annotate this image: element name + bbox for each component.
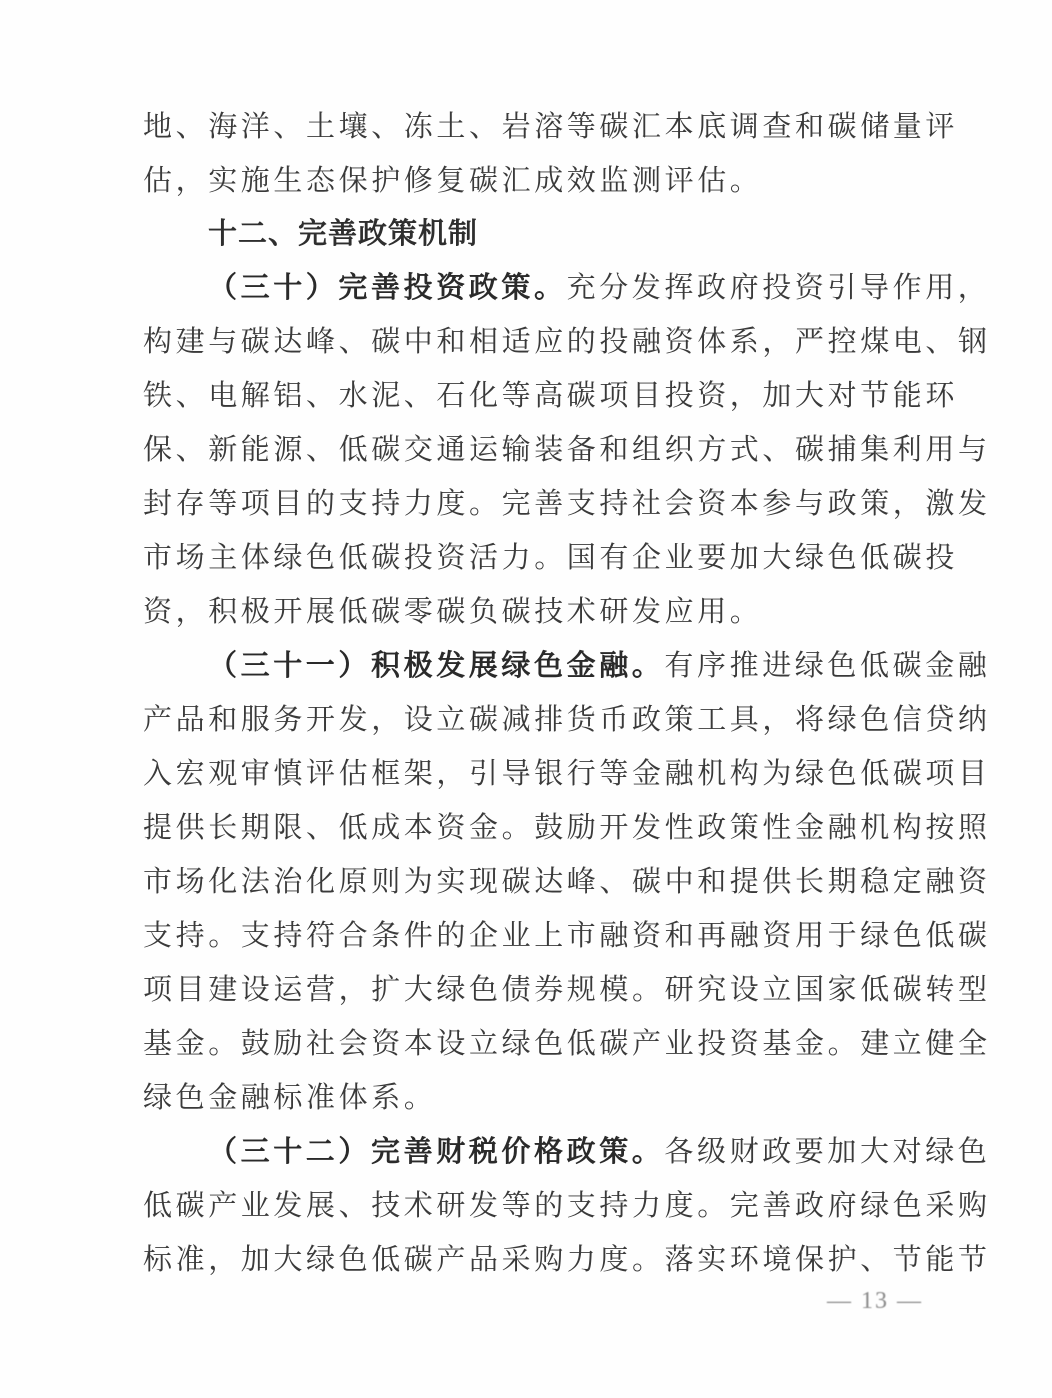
item-32-text: 各级财政要加大对绿色 (664, 1134, 990, 1168)
item-30-text: 充分发挥政府投资引导作用， (567, 270, 991, 304)
text-line: 保、新能源、低碳交通运输装备和组织方式、碳捕集利用与 (143, 429, 955, 469)
text-line: 提供长期限、低成本资金。鼓励开发性政策性金融机构按照 (143, 807, 955, 847)
text-line: 铁、电解铝、水泥、石化等高碳项目投资，加大对节能环 (143, 375, 955, 415)
text-line: 市场主体绿色低碳投资活力。国有企业要加大绿色低碳投 (143, 537, 955, 577)
text-line: 基金。鼓励社会资本设立绿色低碳产业投资基金。建立健全 (143, 1023, 955, 1063)
text-line: 支持。支持符合条件的企业上市融资和再融资用于绿色低碳 (143, 915, 955, 955)
page-number: — 13 — (815, 1288, 935, 1315)
item-30-first-line: （三十）完善投资政策。充分发挥政府投资引导作用， (208, 267, 955, 307)
item-31-first-line: （三十一）积极发展绿色金融。有序推进绿色低碳金融 (208, 645, 955, 685)
item-31-title: （三十一）积极发展绿色金融。 (208, 648, 664, 682)
text-line: 项目建设运营，扩大绿色债券规模。研究设立国家低碳转型 (143, 969, 955, 1009)
section-heading: 十二、完善政策机制 (208, 213, 478, 253)
item-31-text: 有序推进绿色低碳金融 (664, 648, 990, 682)
text-line: 估，实施生态保护修复碳汇成效监测评估。 (143, 160, 955, 200)
text-line: 入宏观审慎评估框架，引导银行等金融机构为绿色低碳项目 (143, 753, 955, 793)
text-line: 构建与碳达峰、碳中和相适应的投融资体系，严控煤电、钢 (143, 321, 955, 361)
text-line: 资，积极开展低碳零碳负碳技术研发应用。 (143, 591, 955, 631)
text-line: 绿色金融标准体系。 (143, 1077, 955, 1117)
text-line: 低碳产业发展、技术研发等的支持力度。完善政府绿色采购 (143, 1185, 955, 1225)
text-line: 产品和服务开发，设立碳减排货币政策工具，将绿色信贷纳 (143, 699, 955, 739)
text-line: 标准，加大绿色低碳产品采购力度。落实环境保护、节能节 (143, 1239, 955, 1279)
text-line: 封存等项目的支持力度。完善支持社会资本参与政策，激发 (143, 483, 955, 523)
item-32-first-line: （三十二）完善财税价格政策。各级财政要加大对绿色 (208, 1131, 955, 1171)
document-page: 地、海洋、土壤、冻土、岩溶等碳汇本底调查和碳储量评 估，实施生态保护修复碳汇成效… (0, 0, 1052, 1398)
item-32-title: （三十二）完善财税价格政策。 (208, 1134, 664, 1168)
text-line: 市场化法治化原则为实现碳达峰、碳中和提供长期稳定融资 (143, 861, 955, 901)
item-30-title: （三十）完善投资政策。 (208, 270, 567, 304)
text-line: 地、海洋、土壤、冻土、岩溶等碳汇本底调查和碳储量评 (143, 106, 955, 146)
